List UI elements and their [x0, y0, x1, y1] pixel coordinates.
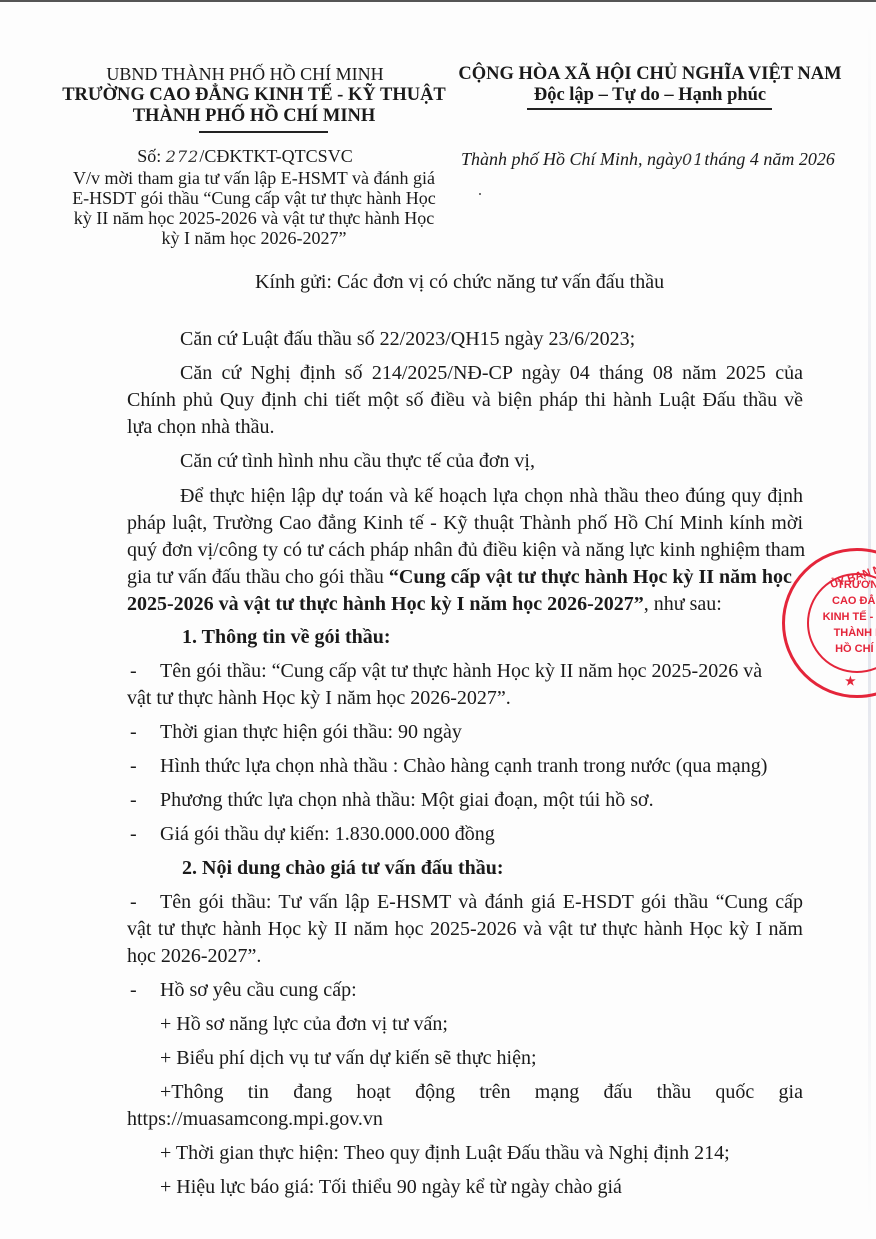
bullet-dash: -	[130, 822, 137, 846]
required-doc-subitem: + Biểu phí dịch vụ tư vấn dự kiến sẽ thự…	[160, 1046, 537, 1070]
package-name-bold: 2025-2026 và vật tư thực hành Học kỳ I n…	[127, 593, 644, 615]
date-prefix: Thành phố Hồ Chí Minh, ngày	[461, 149, 682, 169]
invitation-suffix: , như sau:	[644, 593, 722, 615]
scan-speck	[479, 193, 481, 195]
invitation-text: gia tư vấn đấu thầu cho gói thầu “Cung c…	[127, 565, 792, 589]
seal-center-line: TRƯỜNG	[807, 579, 876, 591]
seal-center-line: CAO ĐẲNG	[807, 595, 876, 607]
consulting-package-item: vật tư thực hành Học kỳ II năm học 2025-…	[127, 917, 803, 941]
invitation-text: 2025-2026 và vật tư thực hành Học kỳ I n…	[127, 592, 722, 616]
national-motto: Độc lập – Tự do – Hạnh phúc	[452, 84, 848, 106]
header-left-underline	[199, 131, 328, 133]
legal-basis-decree: Chính phủ Quy định chi tiết một số điều …	[127, 388, 803, 412]
doc-number-prefix: Số:	[137, 146, 166, 166]
legal-basis-decree: Căn cứ Nghị định số 214/2025/NĐ-CP ngày …	[180, 361, 803, 385]
recipient-line: Kính gửi: Các đơn vị có chức năng tư vấn…	[255, 270, 664, 294]
subject-line: kỳ I năm học 2026-2027”	[62, 227, 446, 249]
bullet-dash: -	[130, 659, 137, 683]
seal-center-line: THÀNH PH	[807, 627, 876, 639]
selection-method-item: Phương thức lựa chọn nhà thầu: Một giai …	[160, 788, 654, 812]
bullet-dash: -	[130, 754, 137, 778]
seal-center-line: KINH TẾ - KỸ T	[807, 611, 876, 623]
subject-line: V/v mời tham gia tư vấn lập E-HSMT và đá…	[62, 167, 446, 189]
required-doc-subitem: +Thông tin đang hoạt động trên mạng đấu …	[160, 1080, 803, 1104]
package-name-item: vật tư thực hành Học kỳ I năm học 2026-2…	[127, 686, 511, 710]
legal-basis-decree: lựa chọn nhà thầu.	[127, 415, 274, 439]
package-name-bold: “Cung cấp vật tư thực hành Học kỳ II năm…	[389, 566, 792, 588]
invitation-text: pháp luật, Trường Cao đẳng Kinh tế - Kỹ …	[127, 511, 803, 535]
invitation-text: quý đơn vị/công ty có tư cách pháp nhân …	[127, 538, 803, 562]
consulting-package-item: Tên gói thầu: Tư vấn lập E-HSMT và đánh …	[160, 890, 803, 914]
page-top-edge	[0, 0, 876, 2]
legal-basis-law: Căn cứ Luật đấu thầu số 22/2023/QH15 ngà…	[180, 327, 635, 351]
duration-item: Thời gian thực hiện gói thầu: 90 ngày	[160, 720, 462, 744]
issue-date: Thành phố Hồ Chí Minh, ngày01tháng 4 năm…	[461, 148, 835, 171]
motto-underline	[527, 108, 772, 110]
date-day-handwritten: 01	[682, 150, 704, 169]
school-name-line1: TRƯỜNG CAO ĐẲNG KINH TẾ - KỸ THUẬT	[62, 84, 446, 106]
required-doc-subitem: + Hồ sơ năng lực của đơn vị tư vấn;	[160, 1012, 448, 1036]
required-doc-subitem: + Thời gian thực hiện: Theo quy định Luậ…	[160, 1141, 730, 1165]
bullet-dash: -	[130, 720, 137, 744]
official-seal-stamp: ỦY BAN NHÂN DÂN THÀNH TRƯỜNG CAO ĐẲNG KI…	[782, 548, 876, 698]
legal-basis-needs: Căn cứ tình hình nhu cầu thực tế của đơn…	[180, 449, 535, 473]
estimated-price-item: Giá gói thầu dự kiến: 1.830.000.000 đồng	[160, 822, 495, 846]
seal-star-icon: ★	[845, 675, 856, 687]
seal-center-line: HỒ CHÍ MI	[807, 643, 876, 655]
subject-line: E-HSDT gói thầu “Cung cấp vật tư thực hà…	[62, 187, 446, 209]
issuing-authority: UBND THÀNH PHỐ HỒ CHÍ MINH	[80, 63, 410, 85]
bullet-dash: -	[130, 890, 137, 914]
document-number: Số: 272/CĐKTKT-QTCSVC	[80, 145, 410, 168]
required-doc-subitem: + Hiệu lực báo giá: Tối thiểu 90 ngày kể…	[160, 1175, 622, 1199]
section-2-heading: 2. Nội dung chào giá tư vấn đấu thầu:	[182, 856, 504, 880]
section-1-heading: 1. Thông tin về gói thầu:	[182, 625, 391, 649]
required-docs-item: Hồ sơ yêu cầu cung cấp:	[160, 978, 357, 1002]
national-title: CỘNG HÒA XÃ HỘI CHỦ NGHĨA VIỆT NAM	[452, 63, 848, 85]
bullet-dash: -	[130, 788, 137, 812]
school-name-line2: THÀNH PHỐ HỒ CHÍ MINH	[62, 105, 446, 127]
invitation-text: Để thực hiện lập dự toán và kế hoạch lựa…	[180, 484, 803, 508]
invitation-prefix: gia tư vấn đấu thầu cho gói thầu	[127, 566, 389, 588]
selection-form-item: Hình thức lựa chọn nhà thầu : Chào hàng …	[160, 754, 767, 778]
bullet-dash: -	[130, 978, 137, 1002]
procurement-portal-url: https://muasamcong.mpi.gov.vn	[127, 1107, 383, 1131]
consulting-package-item: học 2026-2027”.	[127, 944, 261, 968]
date-suffix: tháng 4 năm 2026	[704, 149, 835, 169]
doc-number-suffix: /CĐKTKT-QTCSVC	[199, 146, 352, 166]
doc-number-handwritten: 272	[166, 147, 200, 166]
package-name-item: Tên gói thầu: “Cung cấp vật tư thực hành…	[160, 659, 762, 683]
subject-line: kỳ II năm học 2025-2026 và vật tư thực h…	[62, 207, 446, 229]
